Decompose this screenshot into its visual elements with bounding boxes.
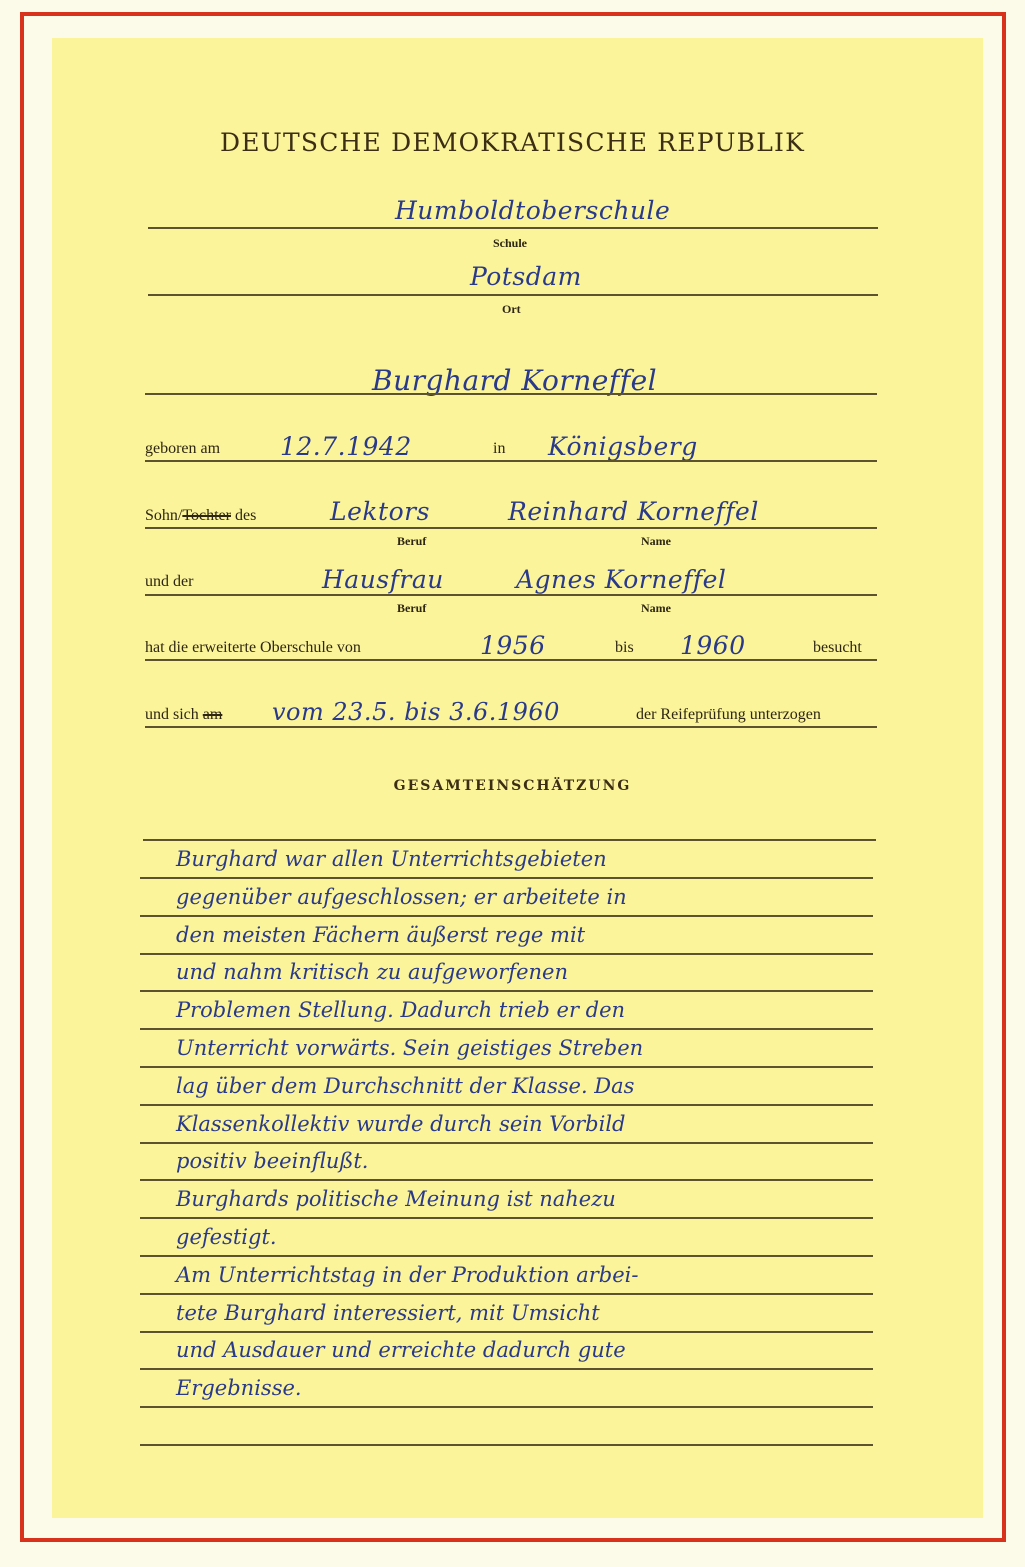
exam-end-label: der Reifeprüfung unterzogen — [636, 706, 821, 724]
assessment-rule — [140, 915, 873, 917]
attendance-from-year: 1956 — [480, 631, 546, 660]
assessment-rule — [140, 953, 873, 955]
father-name: Reinhard Korneffel — [508, 497, 759, 526]
attendance-to-year: 1960 — [680, 631, 746, 660]
assessment-line: Ergebnisse. — [176, 1376, 302, 1400]
assessment-rule — [140, 1028, 873, 1030]
assessment-line: lag über dem Durchschnitt der Klasse. Da… — [176, 1074, 634, 1098]
mother-rule — [145, 594, 877, 596]
birth-rule — [145, 460, 877, 462]
assessment-line: Am Unterrichtstag in der Produktion arbe… — [176, 1263, 638, 1287]
document-header: DEUTSCHE DEMOKRATISCHE REPUBLIK — [0, 128, 1025, 157]
assessment-line: Burghards politische Meinung ist nahezu — [176, 1187, 616, 1211]
assessment-rule — [140, 1179, 873, 1181]
assessment-rule — [140, 1066, 873, 1068]
school-rule — [148, 227, 878, 229]
struck-am: am — [203, 706, 223, 723]
assessment-heading: GESAMTEINSCHÄTZUNG — [0, 778, 1025, 794]
mother-name: Agnes Korneffel — [516, 565, 726, 594]
assessment-line: und nahm kritisch zu aufgeworfenen — [176, 960, 568, 984]
exam-label: und sich am — [145, 706, 222, 724]
assessment-line: Unterricht vorwärts. Sein geistiges Stre… — [176, 1036, 643, 1060]
assessment-rule — [140, 1331, 873, 1333]
mother-name-caption: Name — [641, 601, 671, 616]
place-value: Potsdam — [470, 262, 582, 291]
attendance-end-label: besucht — [813, 639, 862, 657]
mother-occupation: Hausfrau — [322, 565, 444, 594]
attendance-rule — [145, 659, 877, 661]
struck-tochter: Tochter — [182, 507, 231, 524]
assessment-line: gegenüber aufgeschlossen; er arbeitete i… — [176, 885, 627, 909]
assessment-line: Klassenkollektiv wurde durch sein Vorbil… — [176, 1112, 626, 1136]
assessment-rule — [140, 1444, 873, 1446]
assessment-rule — [140, 1104, 873, 1106]
assessment-line: gefestigt. — [176, 1225, 277, 1249]
father-occupation: Lektors — [330, 497, 430, 526]
exam-rule — [145, 726, 877, 728]
school-caption: Schule — [493, 236, 527, 251]
attendance-bis-label: bis — [615, 639, 634, 657]
assessment-rule — [140, 1217, 873, 1219]
parent-label-father: Sohn/Tochter des — [145, 507, 256, 525]
assessment-rule — [140, 1142, 873, 1144]
assessment-rule — [140, 990, 873, 992]
parent-label-mother: und der — [145, 573, 193, 591]
school-value: Humboldtoberschule — [395, 196, 670, 225]
father-name-caption: Name — [641, 534, 671, 549]
attendance-label: hat die erweiterte Oberschule von — [145, 639, 361, 657]
birth-in-label: in — [493, 440, 505, 458]
assessment-line: den meisten Fächern äußerst rege mit — [176, 923, 585, 947]
birth-date: 12.7.1942 — [280, 432, 412, 461]
father-occupation-caption: Beruf — [397, 534, 426, 549]
name-rule — [145, 393, 877, 395]
assessment-top-rule — [143, 839, 876, 841]
assessment-line: und Ausdauer und erreichte dadurch gute — [176, 1338, 626, 1362]
place-rule — [148, 294, 878, 296]
assessment-line: Burghard war allen Unterrichtsgebieten — [176, 847, 607, 871]
assessment-rule — [140, 1368, 873, 1370]
assessment-line: tete Burghard interessiert, mit Umsicht — [176, 1301, 600, 1325]
mother-occupation-caption: Beruf — [397, 601, 426, 616]
birth-label: geboren am — [145, 440, 220, 458]
father-rule — [145, 527, 877, 529]
assessment-rule — [140, 1255, 873, 1257]
assessment-line: Problemen Stellung. Dadurch trieb er den — [176, 998, 625, 1022]
place-caption: Ort — [502, 302, 521, 317]
birth-place: Königsberg — [548, 432, 698, 461]
assessment-line: positiv beeinflußt. — [176, 1149, 369, 1173]
assessment-rule — [140, 1293, 873, 1295]
assessment-rule — [140, 877, 873, 879]
exam-dates: vom 23.5. bis 3.6.1960 — [272, 698, 560, 726]
assessment-rule — [140, 1406, 873, 1408]
